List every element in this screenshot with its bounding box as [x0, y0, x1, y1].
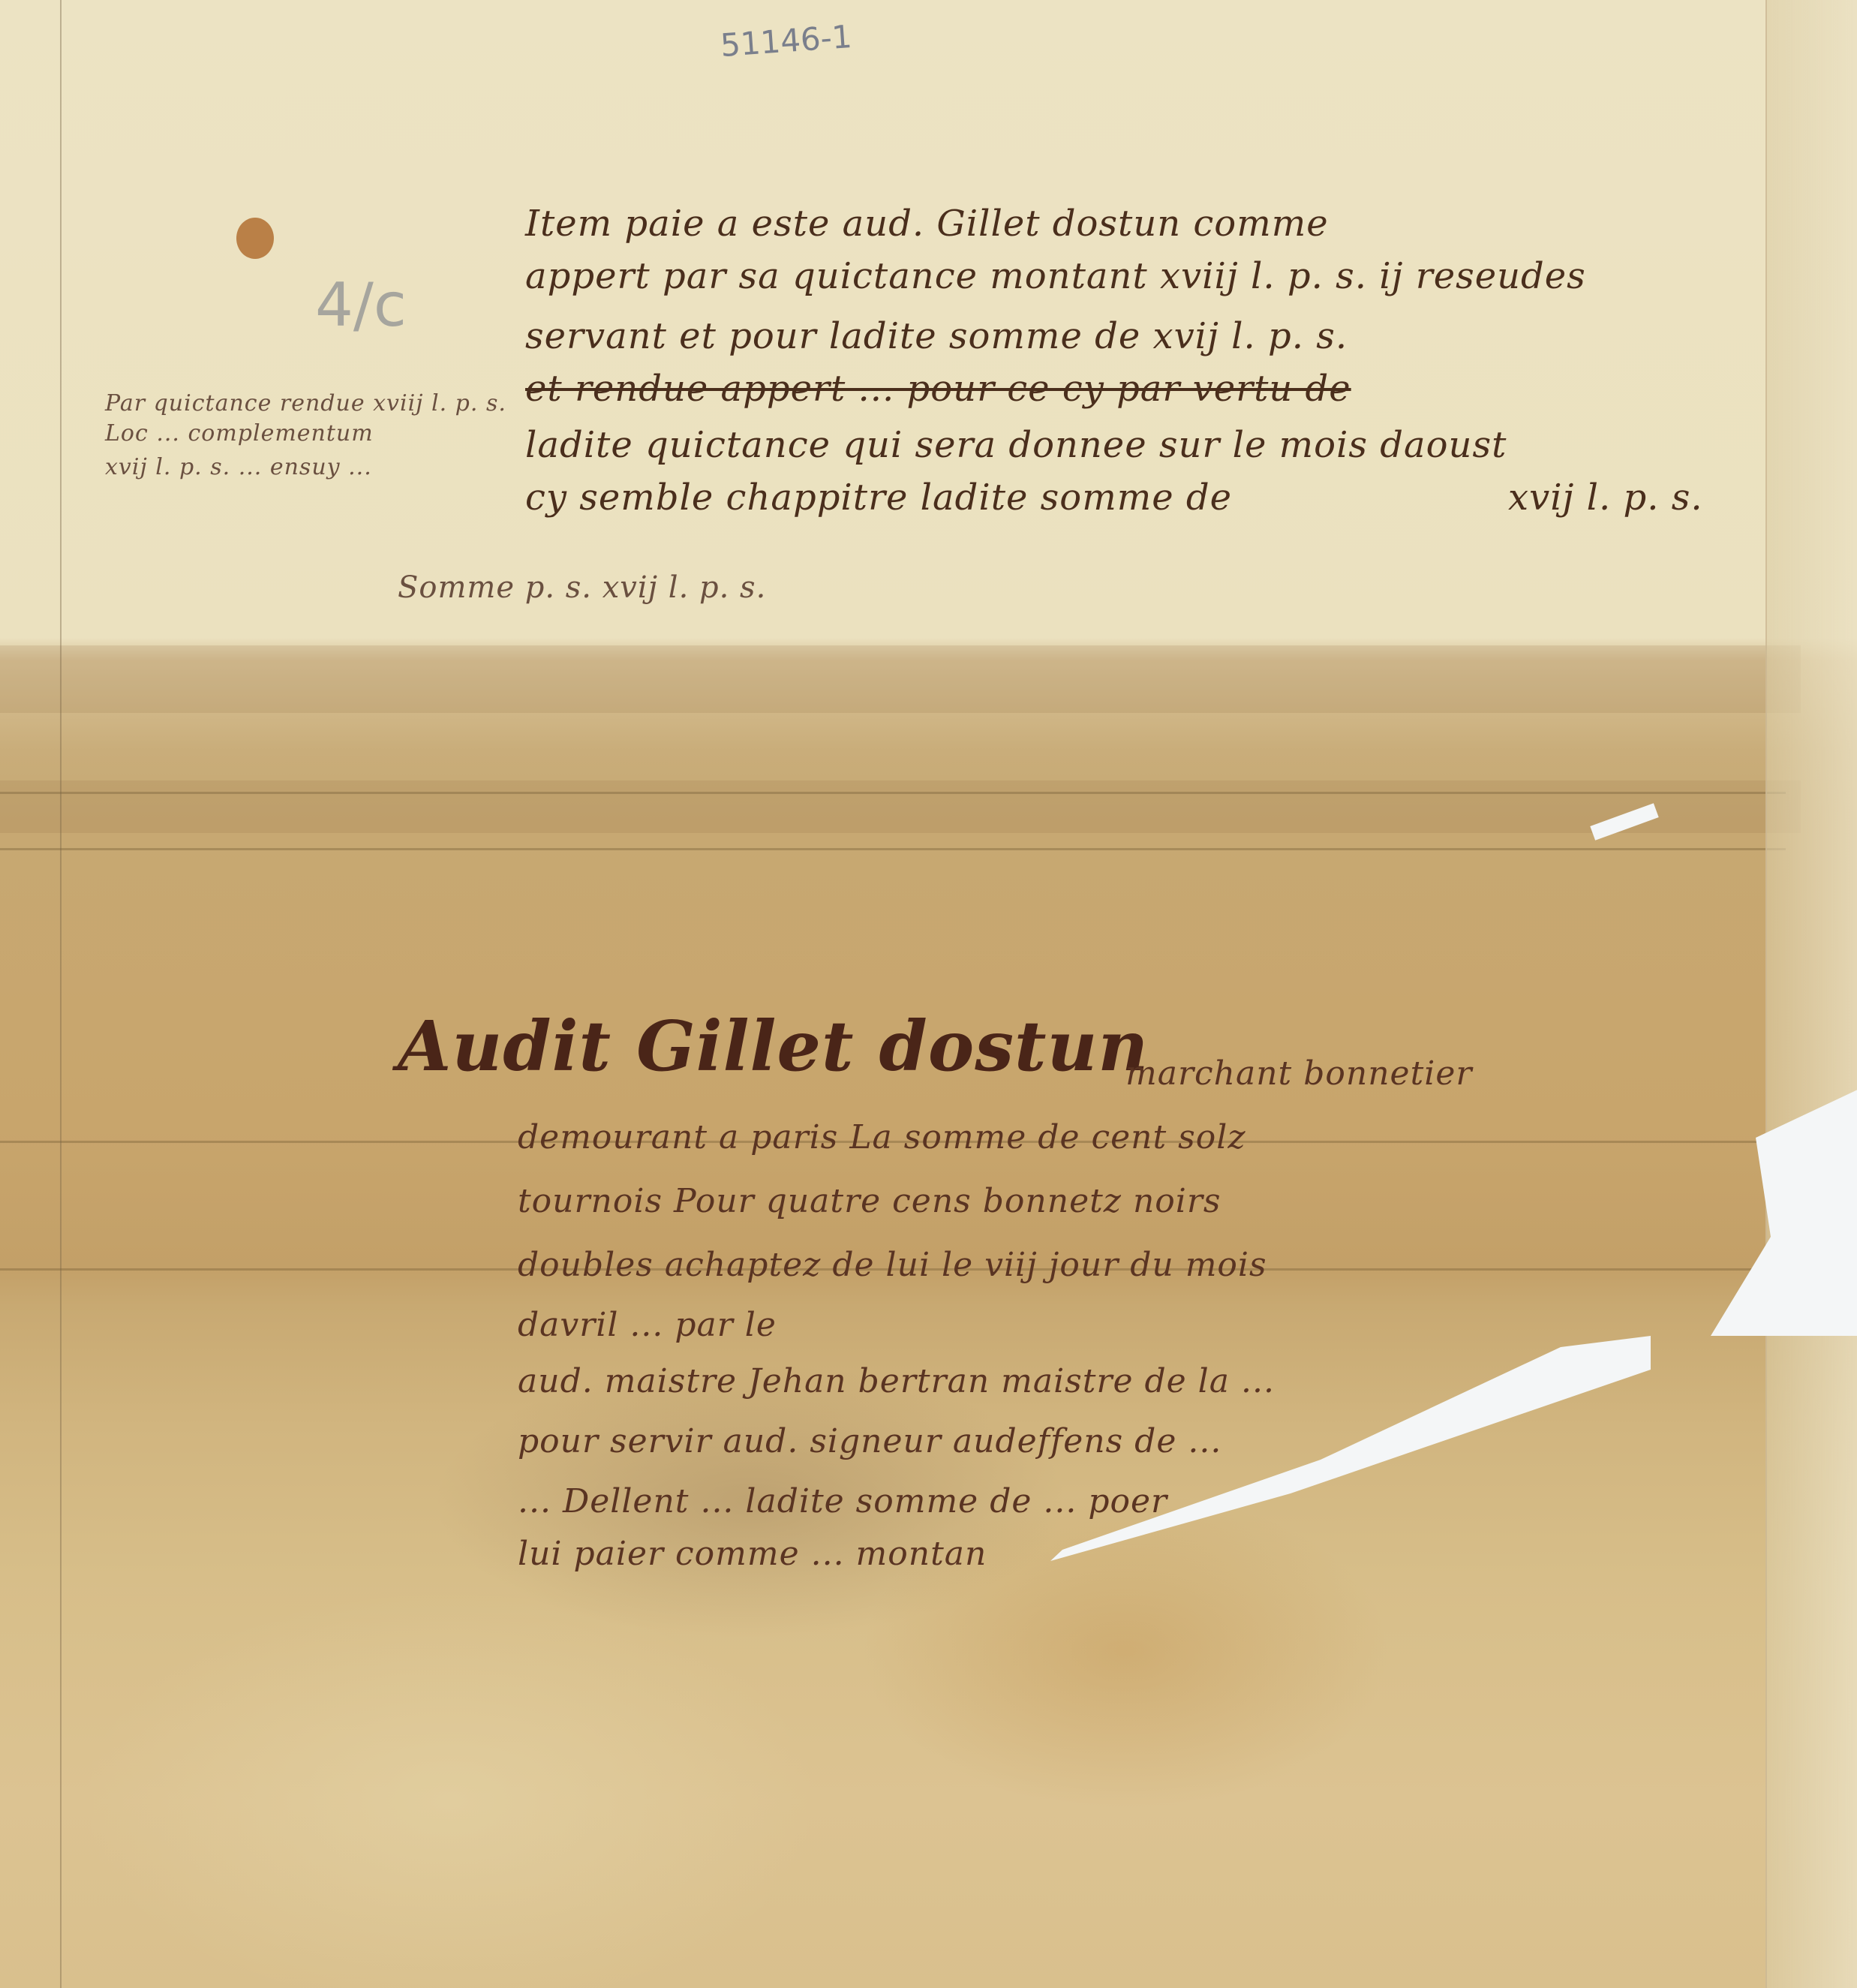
fold-line	[0, 792, 1786, 794]
entry-line: appert par sa quictance montant xviij l.…	[525, 255, 1586, 297]
entry-line: aud. maistre Jehan bertran maistre de la…	[518, 1362, 1275, 1400]
total-note: Somme p. s. xvij l. p. s.	[398, 570, 766, 605]
entry-line: tournois Pour quatre cens bonnetz noirs	[518, 1182, 1221, 1220]
entry-line: pour servir aud. signeur audeffens de ..…	[518, 1422, 1221, 1460]
parchment-edge	[1765, 0, 1857, 1988]
entry-amount: xvij l. p. s.	[1508, 477, 1703, 519]
struck-entry-line: et rendue appert ... pour ce cy par vert…	[525, 368, 1351, 410]
pencil-annotation: 4/c	[315, 270, 407, 340]
entry-line: cy semble chappitre ladite somme de	[525, 477, 1232, 519]
entry-line: ... Dellent ... ladite somme de ... poer	[518, 1482, 1167, 1520]
fold-line	[0, 848, 1786, 850]
parchment-sheet: 51146-1 4/c Item paie a este aud. Gillet…	[0, 0, 1857, 1988]
parchment-tear	[1711, 1088, 1857, 1336]
entry-line: marchant bonnetier	[1125, 1054, 1472, 1093]
entry-line: davril ... par le	[518, 1306, 777, 1344]
entry-line: demourant a paris La somme de cent solz	[518, 1118, 1246, 1156]
entry-heading: Audit Gillet dostun	[398, 1006, 1149, 1087]
fold-shadow	[0, 780, 1801, 833]
entry-line: Item paie a este aud. Gillet dostun comm…	[525, 203, 1329, 245]
ink-stain	[236, 218, 274, 259]
margin-line: Loc ... complementum	[105, 420, 374, 447]
margin-rule	[60, 0, 62, 1988]
entry-line: lui paier comme ... montan	[518, 1535, 987, 1573]
entry-line: doubles achaptez de lui le viij jour du …	[518, 1246, 1267, 1284]
entry-line: ladite quictance qui sera donnee sur le …	[525, 424, 1507, 466]
catalog-number: 51146-1	[720, 18, 853, 64]
margin-line: xvij l. p. s. ... ensuy ...	[105, 454, 372, 480]
entry-line: servant et pour ladite somme de xvij l. …	[525, 315, 1348, 357]
fold-shadow	[0, 645, 1801, 713]
margin-line: Par quictance rendue xviij l. p. s.	[105, 390, 506, 417]
